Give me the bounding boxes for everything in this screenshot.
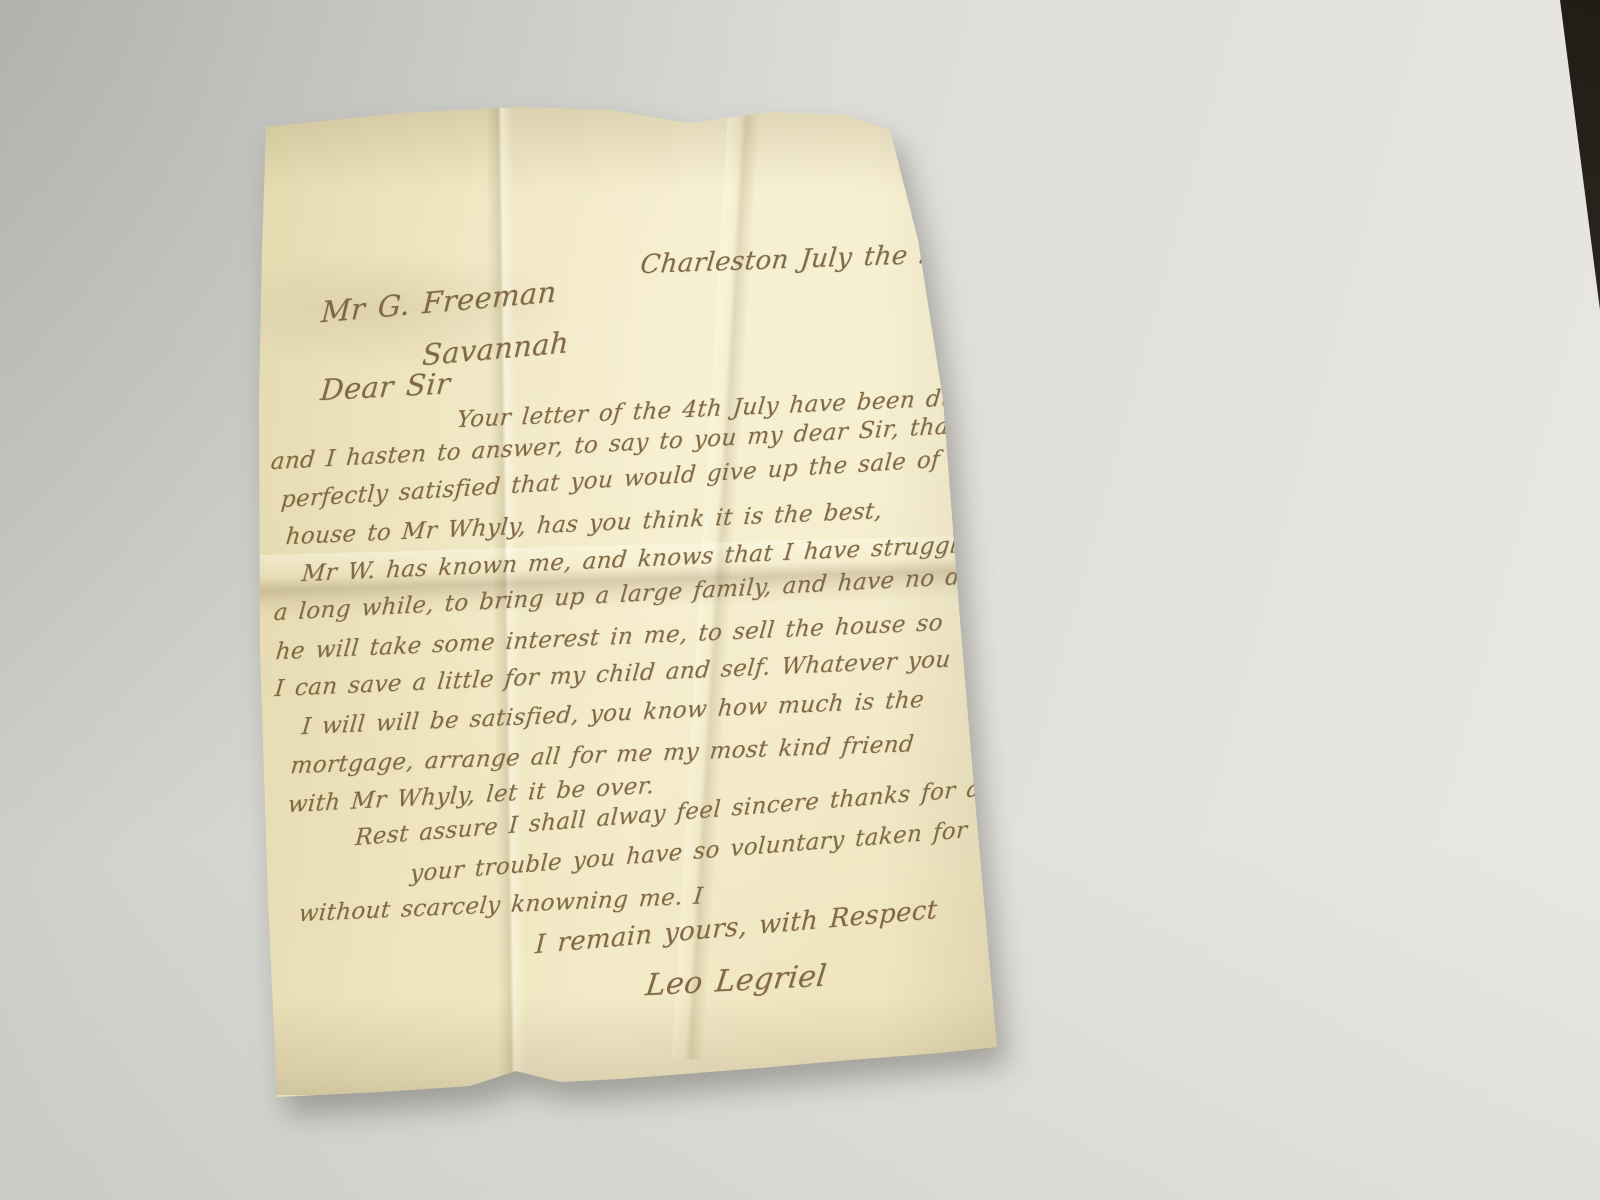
letter-paper-wrapper: Charleston July the 9th 1867 Mr G. Freem… [0, 0, 1600, 1200]
paper-surface [0, 0, 1600, 1200]
letter-salutation: Dear Sir [319, 366, 452, 407]
photo-of-handwritten-letter: Charleston July the 9th 1867 Mr G. Freem… [0, 0, 1600, 1200]
letter-paper: Charleston July the 9th 1867 Mr G. Freem… [0, 0, 1600, 1200]
